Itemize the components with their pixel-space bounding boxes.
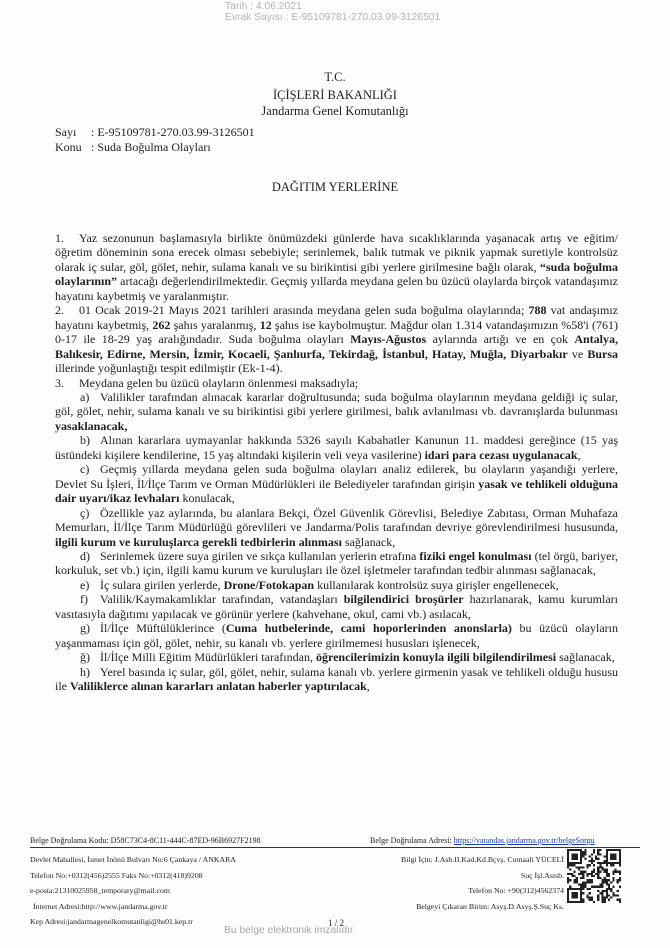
item-c-cedilla: ç)Özellikle yaz aylarında, bu alanlara B… (55, 506, 618, 549)
konu-label: Konu (55, 140, 91, 155)
item-g: g)İl/İlçe Müftülüklerince (Cuma hutbeler… (55, 621, 618, 650)
footer-email: e-posta:21310025958_temporary@mail.com (30, 883, 236, 899)
verification-address-label: Belge Doğrulama Adresi: (370, 836, 454, 845)
stamp-date: Tarih : 4.06.2021 (225, 1, 440, 12)
item-c: c)Geçmiş yıllarda meydana gelen suda boğ… (55, 462, 618, 505)
verification-address-link[interactable]: https://vatandas.jandarma.gov.tr/belgeSo… (454, 836, 595, 845)
footer-info-unit: Belgeyi Çıkaran Birim: Asyş.D.Asyş.Ş.Suç… (401, 899, 564, 915)
verification-address: Belge Doğrulama Adresi: https://vatandas… (370, 836, 595, 845)
item-b: b)Alınan kararlara uymayanlar hakkında 5… (55, 433, 618, 462)
item-d: d)Serinlemek üzere suya girilen ve sıkça… (55, 549, 618, 578)
distribution-heading: DAĞITIM YERLERİNE (0, 180, 670, 195)
item-e: e)İç sulara girilen yerlerde, Drone/Foto… (55, 578, 618, 592)
meta-sayi-row: Sayı : E-95109781-270.03.99-3126501 (55, 125, 255, 140)
header-ministry: İÇİŞLERİ BAKANLIĞI (0, 88, 670, 103)
footer-info-title: Suç İşl.Astsb. (401, 868, 564, 884)
paragraph-3: 3.Meydana gelen bu üzücü olayların önlen… (55, 376, 618, 390)
item-h: h)Yerel basında iç sular, göl, gölet, ne… (55, 665, 618, 694)
esign-note: Bu belge elektronik imzalıdır (224, 925, 353, 936)
e-signature-stamp: Tarih : 4.06.2021 Evrak Sayısı : E-95109… (225, 1, 440, 23)
footer-phone-fax: Telefon No:+0312(456)2555 Faks No:+0312(… (30, 868, 236, 884)
document-meta: Sayı : E-95109781-270.03.99-3126501 Konu… (55, 125, 255, 155)
document-body: 1.Yaz sezonunun başlamasıyla birlikte ön… (55, 231, 618, 694)
item-f: f)Valilik/Kaymakamlıklar tarafından, vat… (55, 592, 618, 621)
header-unit: Jandarma Genel Komutanlığı (0, 104, 670, 119)
konu-value: : Suda Boğulma Olayları (91, 140, 211, 155)
sayi-label: Sayı (55, 125, 91, 140)
footer-info-contact: Bilgi İçin: J.Asb.II.Kad.Kd.Bçvş. Cumaal… (401, 852, 564, 868)
sayi-value: : E-95109781-270.03.99-3126501 (91, 125, 255, 140)
footer-website: İnternet Adresi:http://www.jandarma.gov.… (30, 899, 236, 915)
paragraph-1: 1.Yaz sezonunun başlamasıyla birlikte ön… (55, 231, 618, 303)
footer-info: Bilgi İçin: J.Asb.II.Kad.Kd.Bçvş. Cumaal… (401, 852, 564, 914)
footer-info-phone: Telefon No: +90(312)4562374 (401, 883, 564, 899)
qr-code-icon (567, 849, 621, 903)
paragraph-2: 2.01 Ocak 2019-21 Mayıs 2021 tarihleri a… (55, 303, 618, 375)
footer-contact: Devlet Mahallesi, İsmet İnönü Bulvarı No… (30, 852, 236, 930)
verification-code: Belge Doğrulama Kodu: D58C73C4-8C11-444C… (30, 836, 261, 845)
item-a: a)Valilikler tarafından alınacak kararla… (55, 390, 618, 433)
footer-address: Devlet Mahallesi, İsmet İnönü Bulvarı No… (30, 852, 236, 868)
footer-kep: Kep Adresi:jandarmagenelkomutanligi@hs01… (30, 914, 236, 930)
stamp-document-number: Evrak Sayısı : E-95109781-270.03.99-3126… (225, 12, 440, 23)
footer-divider (30, 847, 640, 848)
meta-konu-row: Konu : Suda Boğulma Olayları (55, 140, 255, 155)
item-g-breve: ğ)İl/İlçe Milli Eğitim Müdürlükleri tara… (55, 650, 618, 664)
header-tc: T.C. (0, 70, 670, 85)
